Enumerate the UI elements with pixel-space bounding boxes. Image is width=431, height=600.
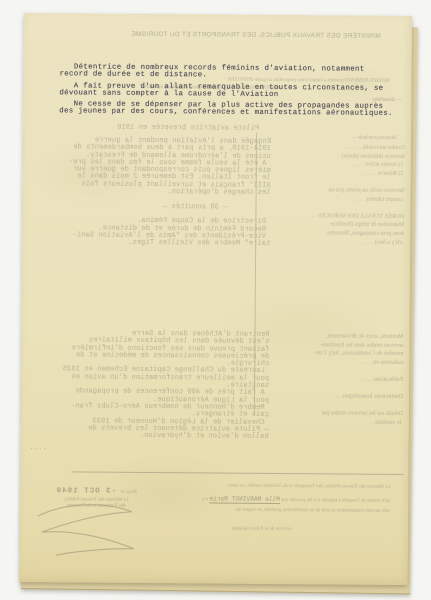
candidate-name: Mlle MARVINGT Marie bbox=[209, 495, 280, 504]
certification-text-bleed: Le Ministre des Travaux Publics, des Tra… bbox=[142, 481, 390, 517]
service-record-text2-bleed: Rentrant d'Athènes dans la Sarre s'est d… bbox=[37, 330, 270, 441]
dots-mark-bleed: .... bbox=[23, 445, 47, 452]
pencil-signature-flourish bbox=[32, 498, 144, 561]
stamp-prefix: Reçu, le bbox=[121, 490, 137, 495]
service-record-text-bleed: Engagée dans l'Aviation pendant la guerr… bbox=[40, 137, 271, 248]
evaluation-paragraph-records: Détentrice de nombreux records féminins … bbox=[59, 64, 391, 81]
evaluation-paragraph-allant: A fait preuve d'un allant remarquable en… bbox=[59, 83, 391, 100]
document-page: MINISTÈRE DES TRAVAUX PUBLICS, DES TRANS… bbox=[20, 13, 412, 585]
form-labels-top-bleed: Grades successifs . . . . . . Services m… bbox=[276, 143, 405, 247]
certify-line4: services de la Police Générale. bbox=[196, 524, 326, 535]
evaluation-paragraph-propagande: Ne cesse de se dépenser par la plus acti… bbox=[59, 101, 395, 118]
stamp-date: -3 OCT 1949 bbox=[56, 487, 117, 495]
signature-rule-bleed bbox=[71, 471, 403, 475]
form-labels-bottom-bleed: Mentions, actes de dévouement, services … bbox=[273, 332, 404, 428]
scanned-document-view: MINISTÈRE DES TRAVAUX PUBLICS, DES TRANS… bbox=[0, 0, 431, 600]
certify-line2a: qu'il résulte de l'enquête à laquelle il… bbox=[280, 498, 390, 504]
certify-line2b: n'a bbox=[202, 497, 209, 502]
ministry-header-bleed: MINISTÈRE DES TRAVAUX PUBLICS, DES TRANS… bbox=[120, 31, 392, 40]
certify-line3: subi aucune condamnation et jouit de la … bbox=[142, 505, 390, 517]
brevet-line-bleed: Pilote aviatrice brevetée en 1910 bbox=[99, 125, 259, 134]
